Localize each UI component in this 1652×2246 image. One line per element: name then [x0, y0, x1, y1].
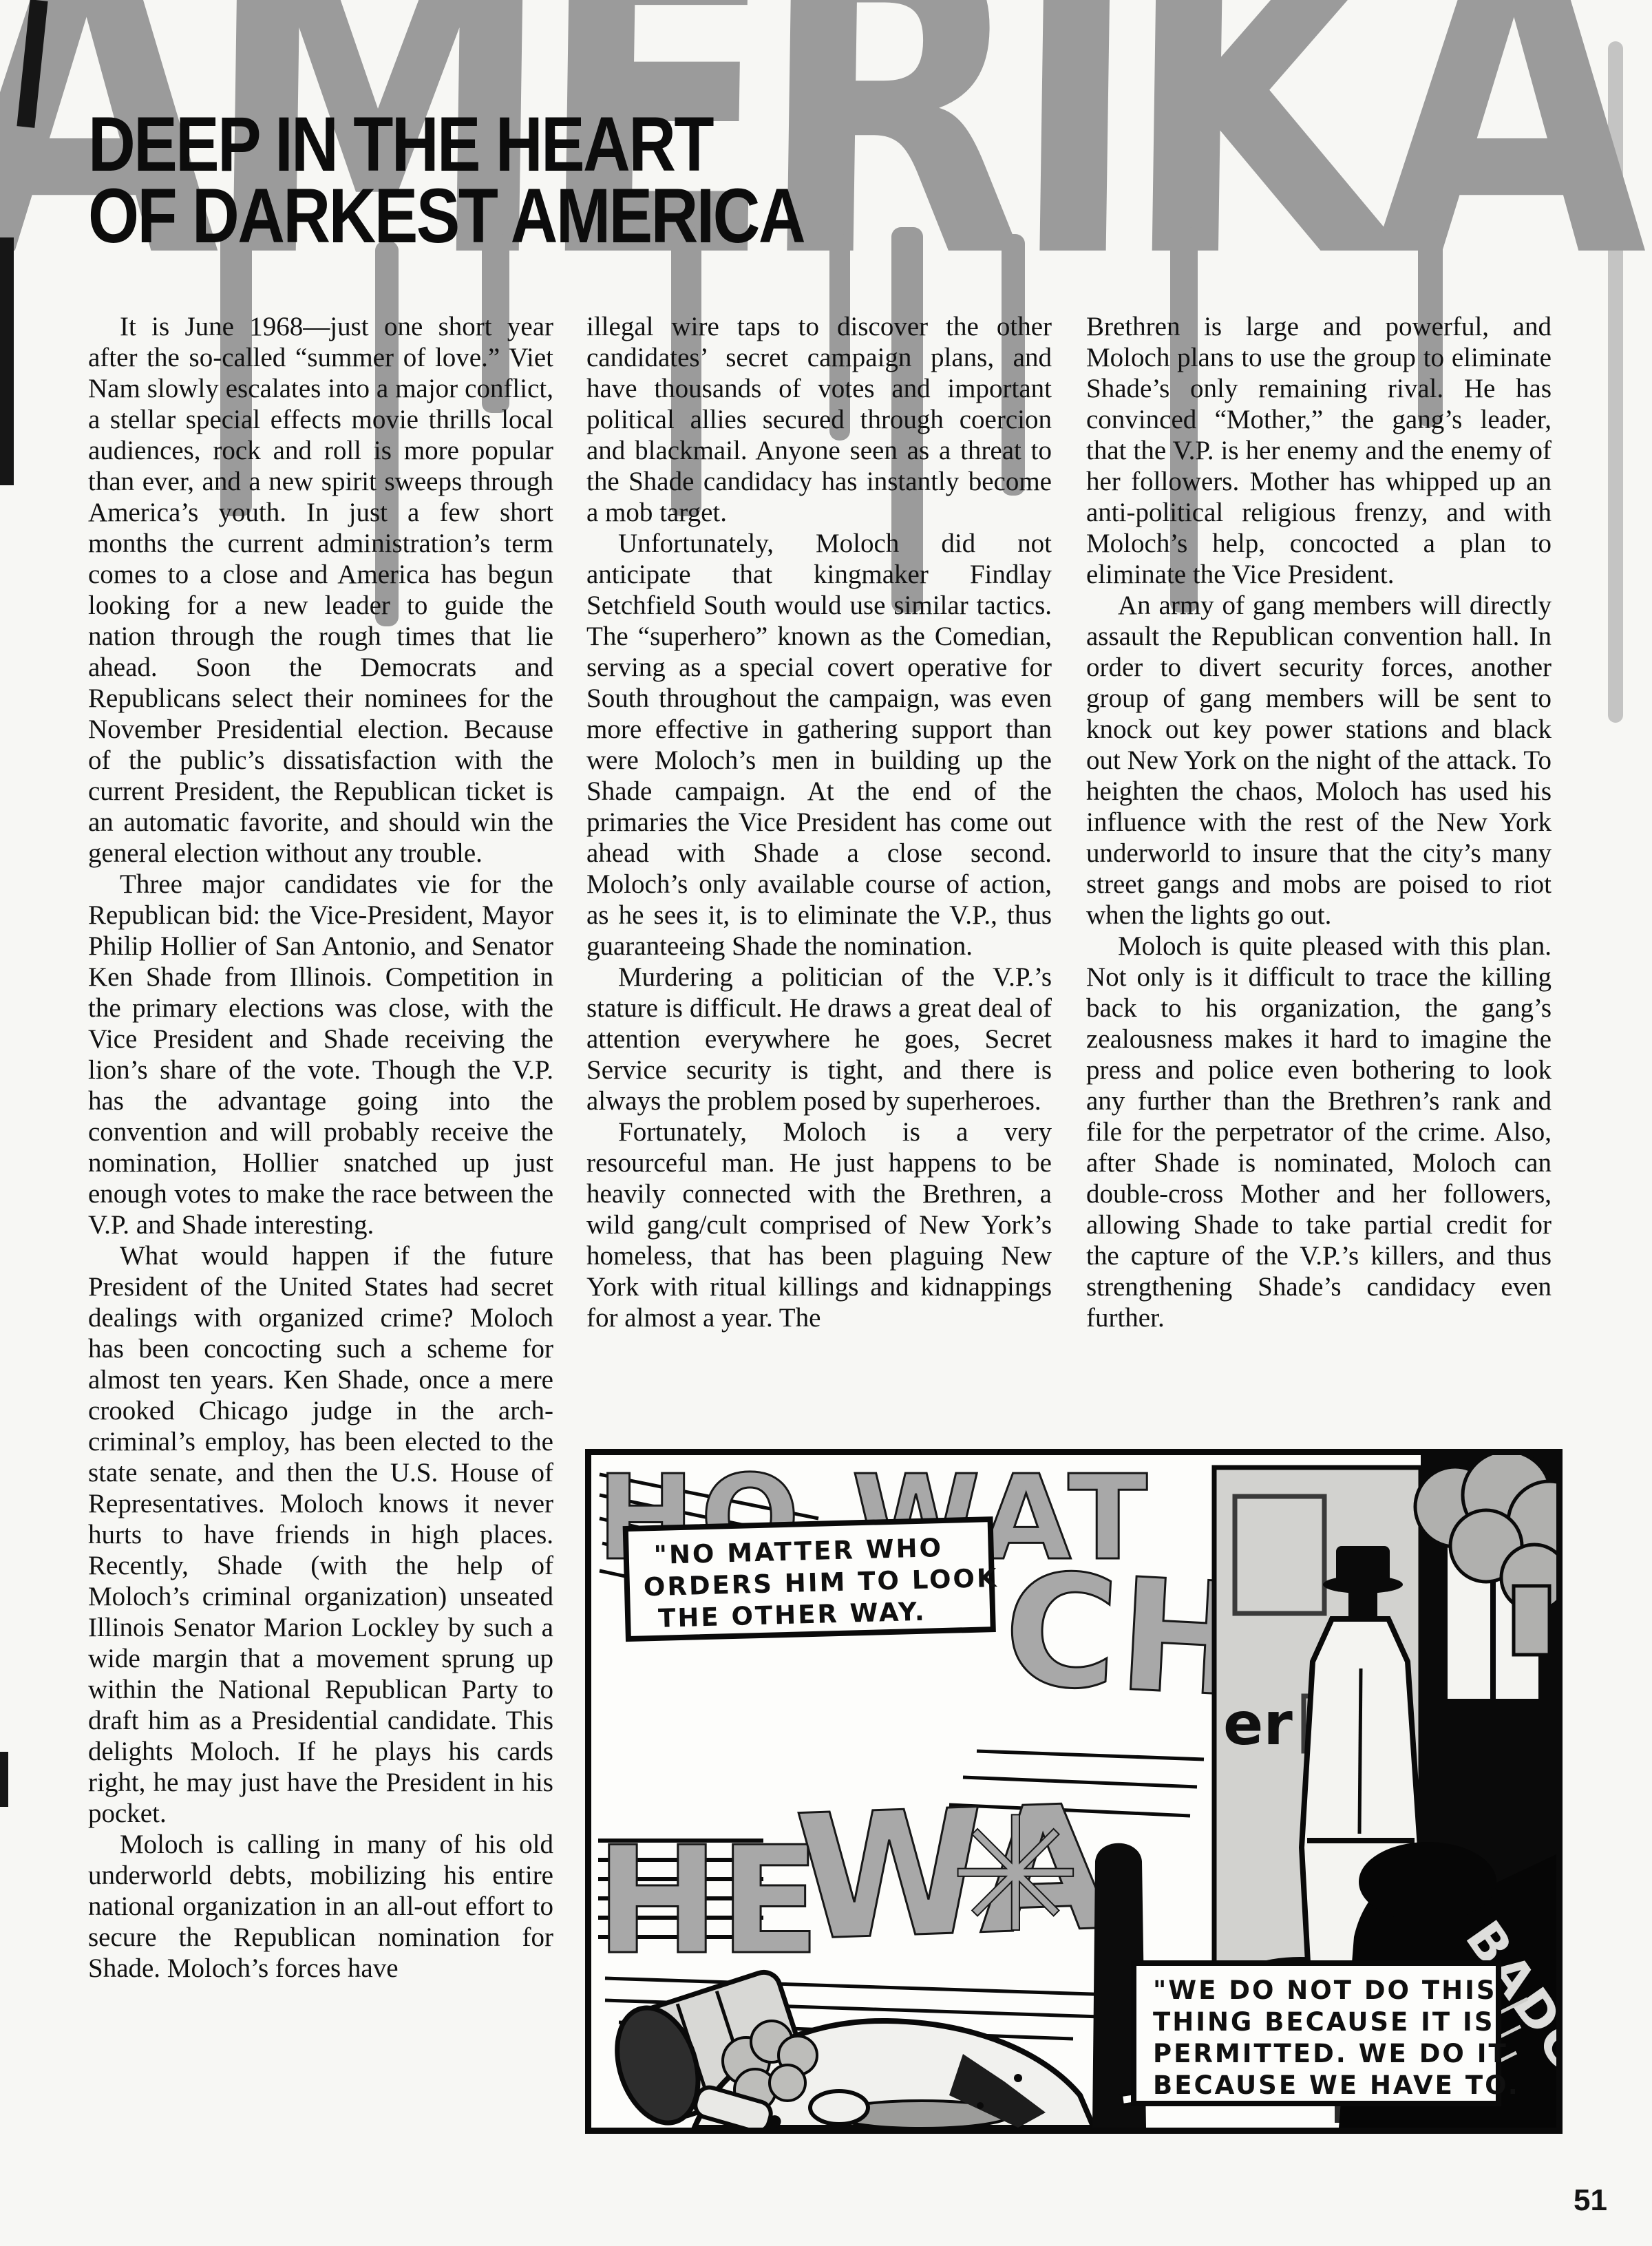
edge-ink-mark [0, 1752, 8, 1807]
magazine-page: AMERIKA DEEP IN THE HEART OF DARKEST AME… [0, 0, 1652, 2246]
paragraph: An army of gang members will directly as… [1086, 590, 1552, 931]
hand [810, 2091, 868, 2124]
article-column-3: Brethren is large and powerful, and Molo… [1086, 311, 1552, 1333]
poster-text: er [1223, 1690, 1293, 1759]
paragraph: Brethren is large and powerful, and Molo… [1086, 311, 1552, 590]
caption-bottom-line: BECAUSE WE HAVE TO. [1153, 2070, 1520, 2100]
graffiti-he: HE [595, 1814, 820, 1987]
paint-drip [1608, 41, 1623, 723]
caption-bottom-line: PERMITTED. WE DO IT [1153, 2039, 1508, 2068]
graffiti-splat: ✳ [949, 1784, 1082, 1968]
caption-bottom-line: "WE DO NOT DO THIS [1153, 1975, 1497, 2005]
article-column-2: illegal wire taps to discover the other … [586, 311, 1052, 1333]
paragraph: It is June 1968—just one short year afte… [88, 311, 553, 869]
paragraph: Unfortunately, Moloch did not anticipate… [586, 528, 1052, 962]
page-number: 51 [1574, 2183, 1607, 2218]
paragraph: illegal wire taps to discover the other … [586, 311, 1052, 528]
page-title: DEEP IN THE HEART OF DARKEST AMERICA [88, 109, 804, 252]
comic-panel: HO WAT CHES HE WA ✳ [585, 1449, 1563, 2134]
paragraph: Fortunately, Moloch is a very resourcefu… [586, 1116, 1052, 1333]
paragraph: Three major candidates vie for the Repub… [88, 869, 553, 1240]
comic-panel-art: HO WAT CHES HE WA ✳ [591, 1455, 1556, 2128]
page-title-line-1: DEEP IN THE HEART [88, 109, 804, 180]
paragraph: Moloch is quite pleased with this plan. … [1086, 931, 1552, 1333]
page-title-line-2: OF DARKEST AMERICA [88, 180, 804, 252]
paragraph: Murdering a politician of the V.P.’s sta… [586, 962, 1052, 1116]
paragraph: What would happen if the future Presiden… [88, 1240, 553, 1829]
paragraph: Moloch is calling in many of his old und… [88, 1829, 553, 1984]
edge-ink-mark [0, 237, 14, 485]
caption-bottom-line: THING BECAUSE IT IS [1153, 2007, 1494, 2037]
article-column-1: It is June 1968—just one short year afte… [88, 311, 553, 1984]
caption-box-top: "NO MATTER WHO ORDERS HIM TO LOOK THE OT… [626, 1519, 1000, 1639]
caption-box-bottom: "WE DO NOT DO THIS THING BECAUSE IT IS P… [1134, 1963, 1520, 2104]
